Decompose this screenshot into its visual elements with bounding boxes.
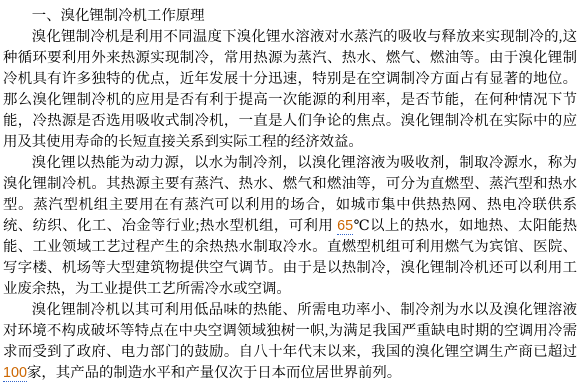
paragraph-industry-text-1: 溴化锂制冷机以其可利用低品味的热能、所需电功率小、制冷剂为水以及溴化锂溶液对环境… <box>3 302 577 360</box>
paragraph-industry: 溴化锂制冷机以其可利用低品味的热能、所需电功率小、制冷剂为水以及溴化锂溶液对环境… <box>3 300 577 382</box>
paragraph-industry-text-2: 家，其产品的制造水平和产量仅次于日本而位居世界前列。 <box>27 365 401 381</box>
manufacturer-count-link[interactable]: 100 <box>3 365 27 382</box>
paragraph-intro-text: 溴化锂制冷机是利用不同温度下溴化锂水溶液对水蒸汽的吸收与释放来实现制冷的,这种循… <box>3 29 577 150</box>
paragraph-types: 溴化锂以热能为动力源，以水为制冷剂，以溴化锂溶液为吸收剂，制取冷源水，称为溴化锂… <box>3 153 577 300</box>
paragraph-intro: 溴化锂制冷机是利用不同温度下溴化锂水溶液对水蒸汽的吸收与释放来实现制冷的,这种循… <box>3 27 577 153</box>
temperature-value-link[interactable]: 65 <box>337 218 353 235</box>
article: 一、溴化锂制冷机工作原理 溴化锂制冷机是利用不同温度下溴化锂水溶液对水蒸汽的吸收… <box>0 0 580 382</box>
page-title: 一、溴化锂制冷机工作原理 <box>3 6 577 27</box>
